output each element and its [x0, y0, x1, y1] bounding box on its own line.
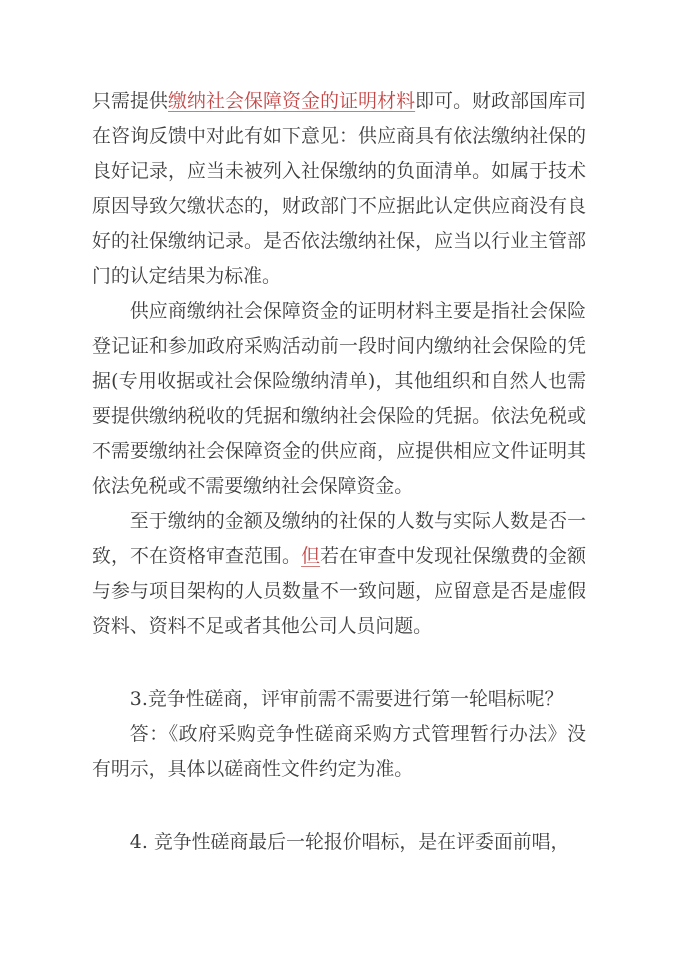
para-question-3: 3.竞争性磋商，评审前需不需要进行第一轮唱标呢？ — [92, 682, 586, 717]
highlighted-text-run: 但 — [301, 545, 320, 567]
text-run: 即可。财政部国库司在咨询反馈中对此有如下意见：供应商具有依法缴纳社保的良好记录，… — [92, 90, 586, 287]
para-proof-materials-definition: 供应商缴纳社会保障资金的证明材料主要是指社会保险登记证和参加政府采购活动前一段时… — [92, 294, 586, 504]
para-social-security-proof-opinion: 只需提供缴纳社会保障资金的证明材料即可。财政部国库司在咨询反馈中对此有如下意见：… — [92, 84, 586, 294]
text-run: 答：《政府采购竞争性磋商采购方式管理暂行办法》没有明示，具体以磋商性文件约定为准… — [92, 723, 586, 780]
document-body: 只需提供缴纳社会保障资金的证明材料即可。财政部国库司在咨询反馈中对此有如下意见：… — [92, 84, 586, 860]
text-run: 供应商缴纳社会保障资金的证明材料主要是指社会保险登记证和参加政府采购活动前一段时… — [92, 300, 586, 497]
para-answer-3: 答：《政府采购竞争性磋商采购方式管理暂行办法》没有明示，具体以磋商性文件约定为准… — [92, 717, 586, 787]
text-run: 只需提供 — [92, 90, 168, 112]
document-page: 只需提供缴纳社会保障资金的证明材料即可。财政部国库司在咨询反馈中对此有如下意见：… — [0, 0, 680, 962]
para-amount-headcount-review: 至于缴纳的金额及缴纳的社保的人数与实际人数是否一致，不在资格审查范围。但若在审查… — [92, 504, 586, 644]
para-question-4: 4. 竞争性磋商最后一轮报价唱标，是在评委面前唱， — [92, 825, 586, 860]
highlighted-text-run: 缴纳社会保障资金的证明材料 — [168, 90, 415, 112]
text-run: 4. 竞争性磋商最后一轮报价唱标，是在评委面前唱， — [130, 831, 570, 853]
text-run: 3.竞争性磋商，评审前需不需要进行第一轮唱标呢？ — [130, 688, 564, 710]
